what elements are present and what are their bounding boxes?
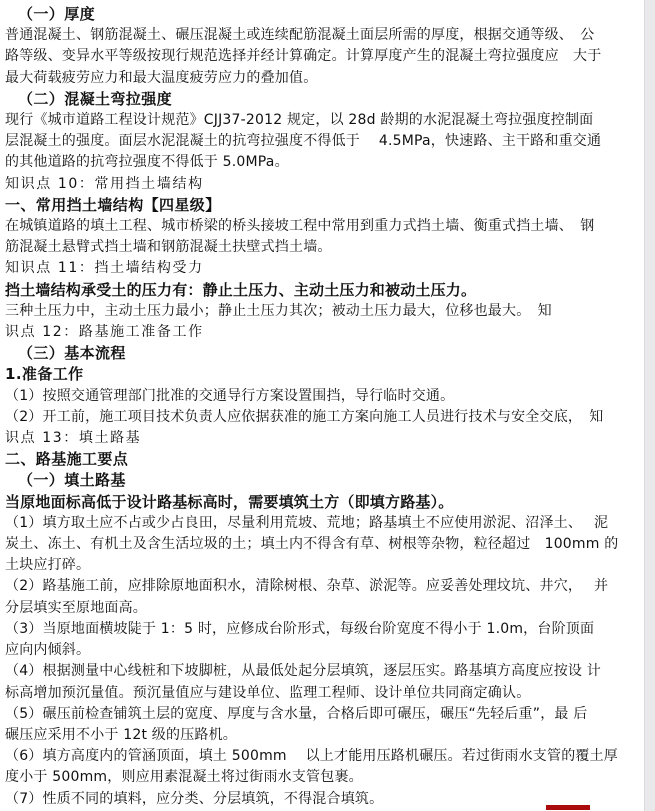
text-line: （4）根据测量中心线桩和下坡脚桩，从最低处起分层填筑，逐层压实。路基填方高度应按… — [5, 661, 645, 682]
text-line: 一、常用挡土墙结构【四星级】 — [5, 195, 645, 216]
text-line: 知识点 10：常用挡土墙结构 — [5, 174, 645, 195]
text-line: 现行《城市道路工程设计规范》CJJ37-2012 规定，以 28d 龄期的水泥混… — [5, 110, 645, 131]
text-line: （二）混凝土弯拉强度 — [5, 89, 645, 110]
text-line: （3）当原地面横坡陡于 1：5 时，应修成台阶形式，每级台阶宽度不得小于 1.0… — [5, 619, 645, 640]
text-line: （1）填方取土应不占或少占良田，尽量利用荒坡、荒地；路基填土不应使用淤泥、沼泽土… — [5, 513, 645, 534]
text-line: （2）开工前，施工项目技术负责人应依据获准的施工方案向施工人员进行技术与安全交底… — [5, 407, 645, 428]
text-line: 层混凝土的强度。面层水泥混凝土的抗弯拉强度不得低于 4.5MPa，快速路、主干路… — [5, 131, 645, 152]
text-line: 路等级、变异水平等级按现行规范选择并经计算确定。计算厚度产生的混凝土弯拉强度应 … — [5, 46, 645, 67]
text-line: （一）厚度 — [5, 4, 645, 25]
text-line: 识点 13：填土路基 — [5, 428, 645, 449]
text-line: （三）基本流程 — [5, 343, 645, 364]
text-line: 分层填实至原地面高。 — [5, 598, 645, 619]
text-line: 当原地面标高低于设计路基标高时，需要填筑土方（即填方路基）。 — [5, 492, 645, 513]
text-line: 标高增加预沉量值。预沉量值应与建设单位、监理工程师、设计单位共同商定确认。 — [5, 683, 645, 704]
text-line: 在城镇道路的填土工程、城市桥梁的桥头接坡工程中常用到重力式挡土墙、衡重式挡土墙、… — [5, 216, 645, 237]
text-line: 应向内倾斜。 — [5, 640, 645, 661]
text-line: 二、路基施工要点 — [5, 449, 645, 470]
document-page: （一）厚度普通混凝土、钢筋混凝土、碾压混凝土或连续配筋混凝土面层所需的厚度，根据… — [0, 0, 645, 810]
text-line: 筋混凝土悬臂式挡土墙和钢筋混凝土扶壁式挡土墙。 — [5, 237, 645, 258]
text-line: （6）填方高度内的管涵顶面，填土 500mm 以上才能用压路机碾压。若过街雨水支… — [5, 746, 645, 767]
text-line: 识点 12：路基施工准备工作 — [5, 322, 645, 343]
text-line: 炭土、冻土、有机土及含生活垃圾的土；填土内不得含有草、树根等杂物，粒径超过 10… — [5, 534, 645, 555]
text-line: 的其他道路的抗弯拉强度不得低于 5.0MPa。 — [5, 152, 645, 173]
text-line: 最大荷载疲劳应力和最大温度疲劳应力的叠加值。 — [5, 68, 645, 89]
text-line: 度小于 500mm，则应用素混凝土将过街雨水支管包裹。 — [5, 767, 645, 788]
text-line: 1.准备工作 — [5, 364, 645, 385]
text-line: （一）填土路基 — [5, 470, 645, 491]
text-line: 挡土墙结构承受土的压力有：静止土压力、主动土压力和被动土压力。 — [5, 280, 645, 301]
text-line: 碾压应采用不小于 12t 级的压路机。 — [5, 725, 645, 746]
red-divider-bar — [546, 805, 590, 810]
text-line: 三种土压力中，主动土压力最小；静止土压力其次；被动土压力最大，位移也最大。 知 — [5, 301, 645, 322]
text-line: 知识点 11：挡土墙结构受力 — [5, 258, 645, 279]
text-line: （1）按照交通管理部门批准的交通导行方案设置围挡，导行临时交通。 — [5, 386, 645, 407]
text-line: 普通混凝土、钢筋混凝土、碾压混凝土或连续配筋混凝土面层所需的厚度，根据交通等级、… — [5, 25, 645, 46]
page-margin-strip — [644, 0, 655, 811]
text-line: （5）碾压前检查铺筑土层的宽度、厚度与含水量，合格后即可碾压，碾压“先轻后重”，… — [5, 704, 645, 725]
text-line: 土块应打碎。 — [5, 555, 645, 576]
text-line: （2）路基施工前，应排除原地面积水，清除树根、杂草、淤泥等。应妥善处理坟坑、井穴… — [5, 576, 645, 597]
